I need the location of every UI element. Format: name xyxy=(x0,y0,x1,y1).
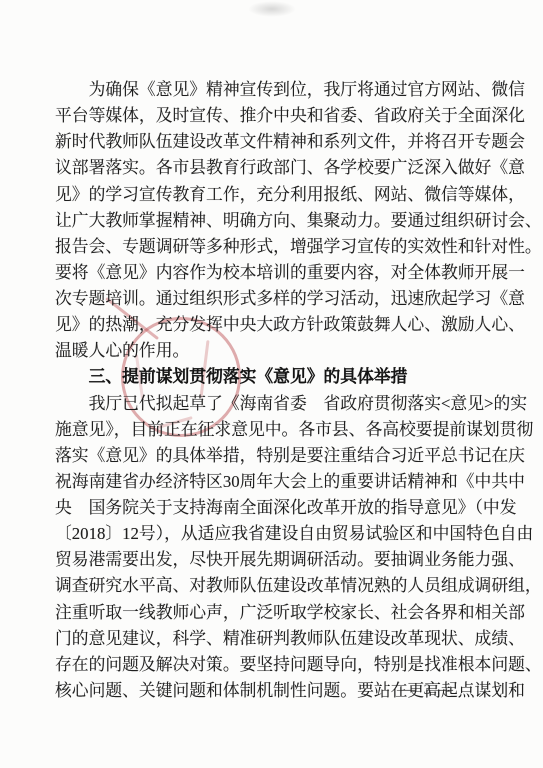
text-line: 〔2018〕12号），从适应我省建设自由贸易试验区和中国特色自由 xyxy=(55,521,515,547)
document-text: 为确保《意见》精神宣传到位，我厅将通过官方网站、微信平台等媒体，及时宣传、推介中… xyxy=(55,77,515,704)
text-line: 议部署落实。各市县教育行政部门、各学校要广泛深入做好《意 xyxy=(55,155,515,181)
text-line: 贸易港需要出发，尽快开展先期调研活动。要抽调业务能力强、 xyxy=(55,547,515,573)
text-line: 平台等媒体，及时宣传、推介中央和省委、省政府关于全面深化 xyxy=(55,103,515,129)
text-line: 调查研究水平高、对教师队伍建设改革情况熟的人员组成调研组， xyxy=(55,573,515,599)
text-line: 温暖人心的作用。 xyxy=(55,338,515,364)
text-line: 注重听取一线教师心声，广泛听取学校家长、社会各界和相关部 xyxy=(55,600,515,626)
text-line: 祝海南建省办经济特区30周年大会上的重要讲话精神和《中共中 xyxy=(55,469,515,495)
text-line: 让广大教师掌握精神、明确方向、集聚动力。要通过组织研讨会、 xyxy=(55,208,515,234)
text-line: 要将《意见》内容作为校本培训的重要内容，对全体教师开展一 xyxy=(55,260,515,286)
section-heading: 三、提前谋划贯彻落实《意见》的具体举措 xyxy=(55,364,515,390)
text-line: 存在的问题及解决对策。要坚持问题导向，特别是找准根本问题、 xyxy=(55,652,515,678)
text-line: 见》的学习宣传教育工作，充分利用报纸、网站、微信等媒体， xyxy=(55,182,515,208)
text-line: 门的意见建议，科学、精准研判教师队伍建设改革现状、成绩、 xyxy=(55,626,515,652)
text-line: 见》的热潮，充分发挥中央大政方针政策鼓舞人心、激励人心、 xyxy=(55,312,515,338)
document-page: 为确保《意见》精神宣传到位，我厅将通过官方网站、微信平台等媒体，及时宣传、推介中… xyxy=(0,0,543,768)
text-line: 落实《意见》的具体举措，特别是要注重结合习近平总书记在庆 xyxy=(55,443,515,469)
page-number: — 3 — xyxy=(402,682,456,699)
text-line: 我厅已代拟起草了《海南省委 省政府贯彻落实<意见>的实 xyxy=(55,391,515,417)
text-line: 新时代教师队伍建设改革文件精神和系列文件，并将召开专题会 xyxy=(55,129,515,155)
text-line: 施意见》，目前正在征求意见中。各市县、各高校要提前谋划贯彻 xyxy=(55,417,515,443)
text-line: 次专题培训。通过组织形式多样的学习活动，迅速欣起学习《意 xyxy=(55,286,515,312)
text-line: 为确保《意见》精神宣传到位，我厅将通过官方网站、微信 xyxy=(55,77,515,103)
text-line: 报告会、专题调研等多种形式，增强学习宣传的实效性和针对性。 xyxy=(55,234,515,260)
text-line: 央 国务院关于支持海南全面深化改革开放的指导意见》（中发 xyxy=(55,495,515,521)
scan-smudge xyxy=(248,1,296,17)
